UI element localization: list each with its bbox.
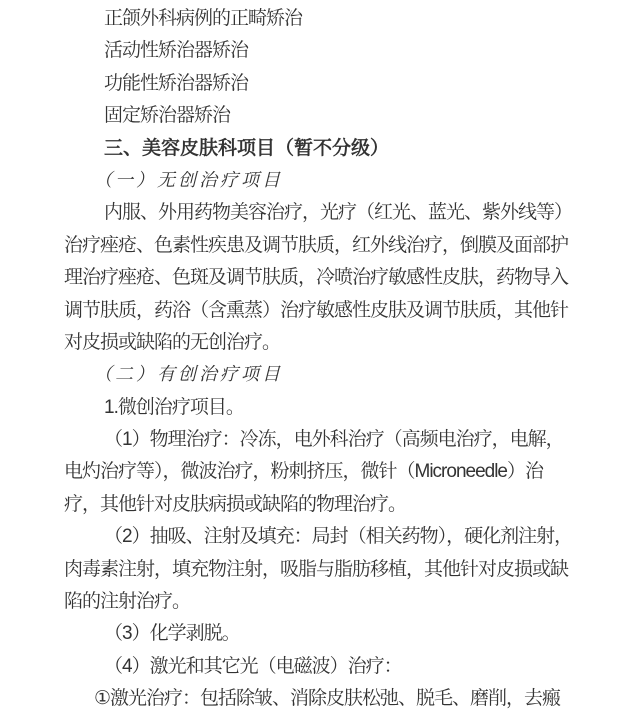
subsection-heading: （二）有创治疗项目 [64,359,564,391]
text-line: 电灼治疗等），微波治疗，粉刺挤压，微针（Microneedle）治 [64,456,564,488]
text-line: 内服、外用药物美容治疗，光疗（红光、蓝光、紫外线等） [64,197,564,229]
text-line: 陷的注射治疗。 [64,586,564,618]
text-line: （1）物理治疗：冷冻，电外科治疗（高频电治疗，电解， [64,424,564,456]
text-line: 治疗痤疮、色素性疾患及调节肤质，红外线治疗，倒膜及面部护 [64,230,564,262]
subsection-heading: （一）无创治疗项目 [64,165,564,197]
text-line: 正颌外科病例的正畸矫治 [64,3,564,35]
list-item-heading: 1.微创治疗项目。 [64,392,564,424]
section-heading: 三、美容皮肤科项目（暂不分级） [64,133,564,165]
text-line: （2）抽吸、注射及填充：局封（相关药物），硬化剂注射， [64,521,564,553]
text-line: 固定矫治器矫治 [64,100,564,132]
text-line: 肉毒素注射，填充物注射，吸脂与脂肪移植，其他针对皮损或缺 [64,554,564,586]
text-line: （4）激光和其它光（电磁波）治疗： [64,651,564,683]
text-line: 功能性矫治器矫治 [64,68,564,100]
text-line: 调节肤质，药浴（含熏蒸）治疗敏感性皮肤及调节肤质，其他针 [64,295,564,327]
document-page: 正颌外科病例的正畸矫治 活动性矫治器矫治 功能性矫治器矫治 固定矫治器矫治 三、… [0,0,631,716]
text-line: 活动性矫治器矫治 [64,35,564,67]
text-line: （3）化学剥脱。 [64,618,564,650]
text-line: 理治疗痤疮、色斑及调节肤质，冷喷治疗敏感性皮肤，药物导入 [64,262,564,294]
text-line: 对皮损或缺陷的无创治疗。 [64,327,564,359]
text-line: 疗，其他针对皮肤病损或缺陷的物理治疗。 [64,489,564,521]
text-line: ①激光治疗：包括除皱、消除皮肤松弛、脱毛、磨削，去瘢 [64,683,564,715]
